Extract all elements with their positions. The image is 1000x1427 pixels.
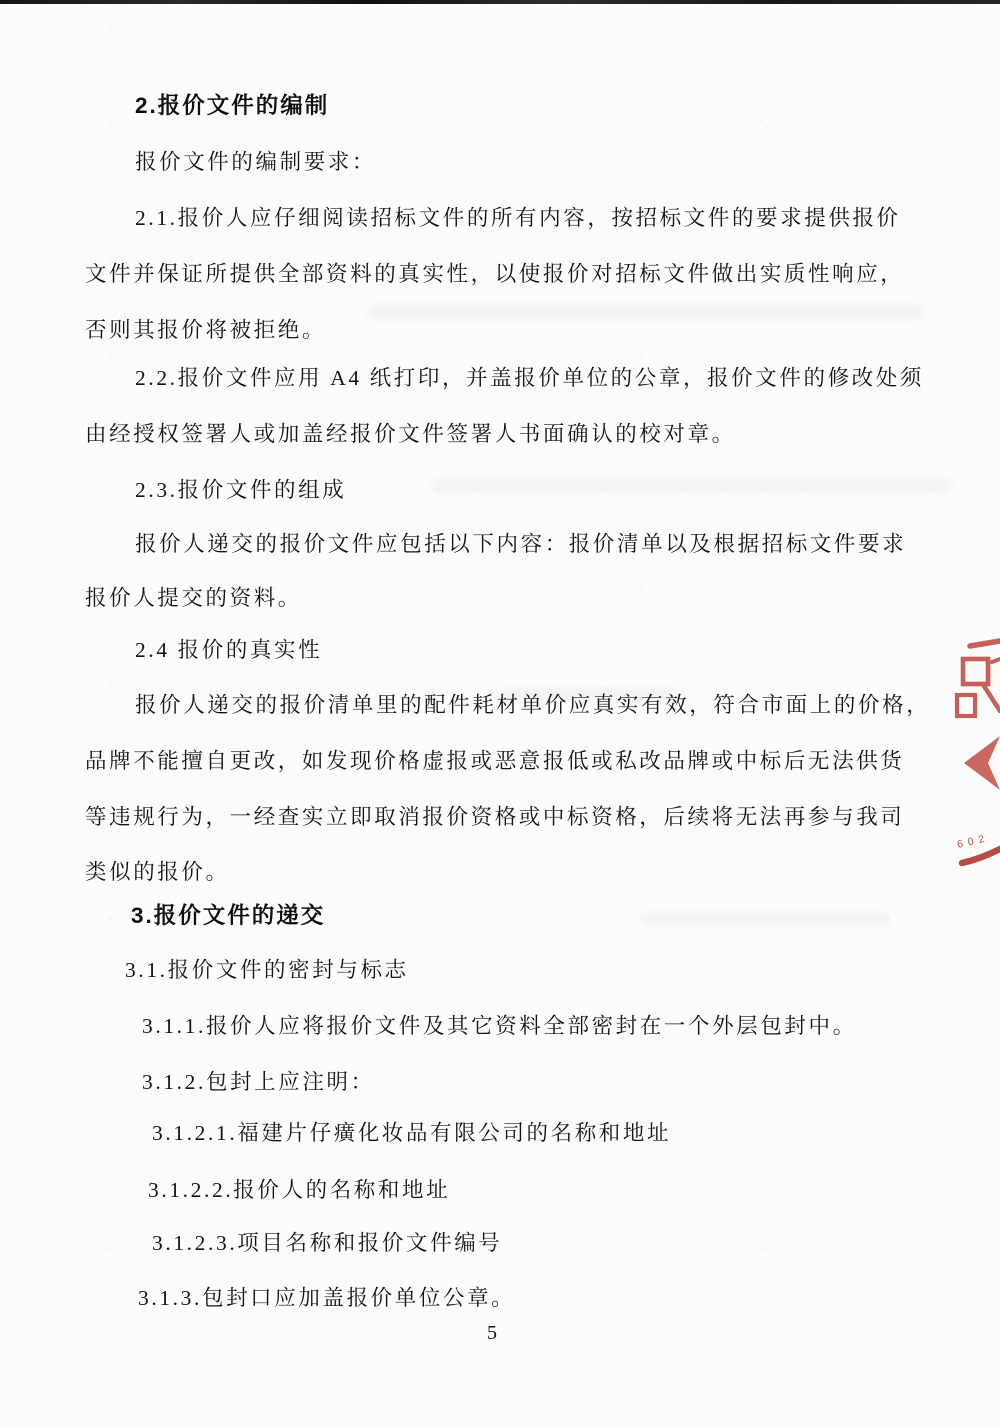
text-line: 报价人提交的资料。 bbox=[85, 588, 302, 610]
text-line: 2.1.报价人应仔细阅读招标文件的所有内容，按招标文件的要求提供报价 bbox=[135, 208, 901, 230]
page-number: 5 bbox=[0, 1322, 992, 1345]
text-line: 2.4 报价的真实性 bbox=[135, 640, 322, 662]
text-line: 3.1.2.1.福建片仔癀化妆品有限公司的名称和地址 bbox=[152, 1123, 671, 1145]
text-line: 3.1.1.报价人应将报价文件及其它资料全部密封在一个外层包封中。 bbox=[142, 1016, 857, 1038]
text-line: 3.1.2.包封上应注明： bbox=[142, 1072, 375, 1094]
text-line: 报价人递交的报价文件应包括以下内容：报价清单以及根据招标文件要求 bbox=[135, 534, 906, 556]
text-line: 否则其报价将被拒绝。 bbox=[85, 320, 326, 342]
bleed-through-smudge bbox=[640, 912, 890, 926]
text-line: 报价人递交的报价清单里的配件耗材单价应真实有效，符合市面上的价格， bbox=[135, 695, 930, 717]
text-line: 品牌不能擅自更改，如发现价格虚报或恶意报低或私改品牌或中标后无法供货 bbox=[85, 751, 904, 773]
text-line: 3.1.报价文件的密封与标志 bbox=[125, 960, 409, 982]
bleed-through-smudge bbox=[432, 478, 952, 493]
text-line: 报价文件的编制要求： bbox=[135, 152, 376, 174]
seal-serial-digits: 602 bbox=[956, 832, 990, 851]
text-line: 类似的报价。 bbox=[85, 862, 230, 884]
red-seal-stamp: 602 bbox=[952, 632, 1000, 868]
seal-character-fragments bbox=[957, 641, 1000, 716]
section-heading-3: 3.报价文件的递交 bbox=[131, 905, 325, 928]
text-line: 3.1.2.3.项目名称和报价文件编号 bbox=[152, 1233, 502, 1255]
text-line: 2.3.报价文件的组成 bbox=[135, 480, 346, 502]
text-line: 3.1.2.2.报价人的名称和地址 bbox=[148, 1180, 450, 1202]
bleed-through-smudge bbox=[368, 304, 923, 320]
section-heading-2: 2.报价文件的编制 bbox=[135, 95, 329, 118]
text-line: 文件并保证所提供全部资料的真实性，以使报价对招标文件做出实质性响应， bbox=[85, 264, 904, 286]
seal-star-icon bbox=[964, 736, 1000, 790]
text-line: 由经授权签署人或加盖经报价文件签署人书面确认的校对章。 bbox=[85, 424, 736, 446]
scan-edge-artifact bbox=[0, 0, 1000, 4]
document-page: 2.报价文件的编制 报价文件的编制要求： 2.1.报价人应仔细阅读招标文件的所有… bbox=[0, 0, 1000, 1427]
text-line: 等违规行为，一经查实立即取消报价资格或中标资格，后续将无法再参与我司 bbox=[85, 807, 904, 829]
text-line: 3.1.3.包封口应加盖报价单位公章。 bbox=[138, 1288, 515, 1310]
text-line: 2.2.报价文件应用 A4 纸打印，并盖报价单位的公章，报价文件的修改处须 bbox=[135, 368, 924, 390]
seal-border-arc bbox=[962, 849, 1000, 863]
